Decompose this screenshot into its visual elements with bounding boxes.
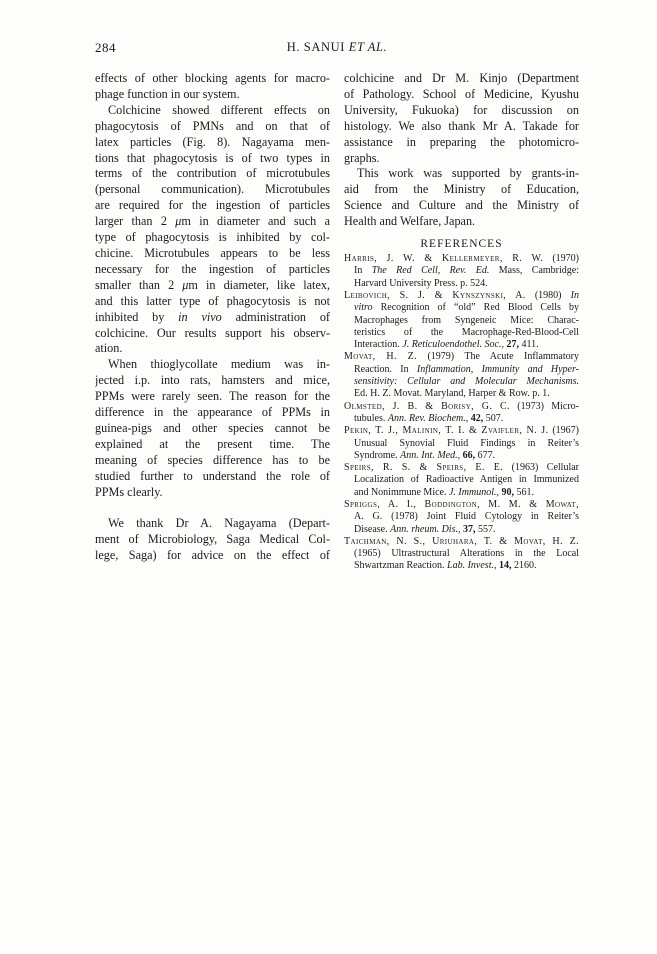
text-line: jected i.p. into rats, hamsters and mice… [95,373,330,389]
text-line: This work was supported by grants-in- [344,166,579,182]
smallcaps-text: Spriggs, A. I., Boddington, M. M. & Mowa… [344,499,579,510]
reference-entry: Movat, H. Z. (1979) The Acute Inflammato… [344,351,579,400]
text-line: histology. We also thank Mr A. Takade fo… [344,119,579,135]
italic-text: Lab. Invest., [447,560,496,571]
text-line: aid from the Ministry of Education, [344,182,579,198]
reference-line: Movat, H. Z. (1979) The Acute Inflammato… [344,351,579,363]
text-line: explained at the present time. The [95,437,330,453]
reference-line: Syndrome. Ann. Int. Med., 66, 677. [344,450,579,462]
text-line: colchicine. Our results support his obse… [95,326,330,342]
text-line: assistance in preparing the photomicro- [344,135,579,151]
paragraph: This work was supported by grants-in-aid… [344,166,579,230]
text-line: of Pathology. School of Medicine, Kyushu [344,87,579,103]
reference-line: vitro Recognition of “old” Red Blood Cel… [344,302,579,314]
bold-text: 42, [471,413,484,424]
reference-line: and Nonimmune Mice. J. Immunol., 90, 561… [344,487,579,499]
reference-line: Reaction. In Inflammation, Immunity and … [344,364,579,376]
bold-text: 14, [499,560,512,571]
text-line: colchicine and Dr M. Kinjo (Department [344,71,579,87]
reference-line: Interaction. J. Reticuloendothel. Soc., … [344,339,579,351]
text-line: University, Fukuoka) for discussion on [344,103,579,119]
paragraph: We thank Dr A. Nagayama (Depart-ment of … [95,516,330,564]
reference-line: A. G. (1978) Joint Fluid Cytology in Rei… [344,511,579,523]
reference-line: Olmsted, J. B. & Borisy, G. C. (1973) Mi… [344,401,579,413]
text-line: When thioglycollate medium was in- [95,357,330,373]
text-line: larger than 2 μm in diameter and such a [95,214,330,230]
text-line: are required for the ingestion of partic… [95,198,330,214]
reference-line: Pekin, T. J., Malinin, T. I. & Zvaifler,… [344,425,579,437]
references-list: Harris, J. W. & Kellermeyer, R. W. (1970… [344,253,579,573]
two-column-text-block: effects of other blocking agents for mac… [95,71,579,573]
reference-line: Harris, J. W. & Kellermeyer, R. W. (1970… [344,253,579,265]
reference-line: Spriggs, A. I., Boddington, M. M. & Mowa… [344,499,579,511]
smallcaps-text: Taichman, N. S., Uriuhara, T. & Movat, H… [344,536,579,547]
reference-entry: Olmsted, J. B. & Borisy, G. C. (1973) Mi… [344,401,579,426]
text-line: chicine. Microtubules appears to be less [95,246,330,262]
reference-entry: Leibovich, S. J. & Kynszynski, A. (1980)… [344,290,579,351]
reference-line: Taichman, N. S., Uriuhara, T. & Movat, H… [344,536,579,548]
text-line: tions that phagocytosis is of two types … [95,151,330,167]
reference-line: Ed. H. Z. Movat. Maryland, Harper & Row.… [344,388,579,400]
text-line: Colchicine showed different effects on [95,103,330,119]
running-header: 284 H. SANUI ET AL. [95,40,579,57]
text-line: latex particles (Fig. 8). Nagayama men- [95,135,330,151]
bold-text: 66, [463,450,476,461]
text-line: type of phagocytosis is inhibited by col… [95,230,330,246]
reference-entry: Spriggs, A. I., Boddington, M. M. & Mowa… [344,499,579,536]
paragraph: colchicine and Dr M. Kinjo (Departmentof… [344,71,579,166]
reference-line: Unusual Synovial Fluid Findings in Reite… [344,438,579,450]
text-line: difference in the appearance of PPMs in [95,405,330,421]
reference-line: teristics of the Macrophage-Red-Blood-Ce… [344,327,579,339]
smallcaps-text: Pekin, T. J., Malinin, T. I. & Zvaifler,… [344,425,549,436]
smallcaps-text: Movat, H. Z. [344,351,417,362]
text-line: effects of other blocking agents for mac… [95,71,330,87]
reference-line: tubules. Ann. Rev. Biochem., 42, 507. [344,413,579,425]
italic-text: The Red Cell, Rev. Ed. [372,265,490,276]
text-line: smaller than 2 μm in diameter, like late… [95,278,330,294]
bold-text: 27, [506,339,519,350]
reference-line: Leibovich, S. J. & Kynszynski, A. (1980)… [344,290,579,302]
text-line: phage function in our system. [95,87,330,103]
italic-text: Ann. rheum. Dis., [390,524,460,535]
reference-line: Macrophages from Syngeneic Mice: Charac- [344,315,579,327]
page-content: 284 H. SANUI ET AL. effects of other blo… [95,40,579,573]
italic-text: in vivo [178,310,222,324]
text-line: studied further to understand the role o… [95,469,330,485]
reference-entry: Pekin, T. J., Malinin, T. I. & Zvaifler,… [344,425,579,462]
paragraph: effects of other blocking agents for mac… [95,71,330,103]
bold-text: 37, [463,524,476,535]
text-line: Health and Welfare, Japan. [344,214,579,230]
italic-text: ET AL. [349,40,388,54]
smallcaps-text: Olmsted, J. B. & Borisy, G. C. [344,401,510,412]
reference-entry: Speirs, R. S. & Speirs, E. E. (1963) Cel… [344,462,579,499]
reference-line: Shwartzman Reaction. Lab. Invest., 14, 2… [344,560,579,572]
left-column: effects of other blocking agents for mac… [95,71,330,573]
text-line: (personal communication). Microtubules [95,182,330,198]
text-line: PPMs clearly. [95,485,330,501]
text-line: We thank Dr A. Nagayama (Depart- [95,516,330,532]
reference-line: Speirs, R. S. & Speirs, E. E. (1963) Cel… [344,462,579,474]
reference-line: In The Red Cell, Rev. Ed. Mass, Cambridg… [344,265,579,277]
italic-text: In [571,290,579,301]
paragraph: When thioglycollate medium was in-jected… [95,357,330,500]
italic-text: Inflammation, Immunity and Hyper- [417,364,579,375]
text-line: phagocytosis of PMNs and on that of [95,119,330,135]
running-title: H. SANUI ET AL. [95,40,579,55]
italic-text: Ann. Int. Med., [400,450,460,461]
italic-text: sensitivity: Cellular and Molecular Mech… [354,376,579,387]
text-line: necessary for the ingestion of particles [95,262,330,278]
smallcaps-text: Leibovich, S. J. & Kynszynski, A. [344,290,526,301]
paragraph: Colchicine showed different effects onph… [95,103,330,358]
text-line: Science and Culture and the Ministry of [344,198,579,214]
smallcaps-text: Harris, J. W. & Kellermeyer, R. W. [344,253,543,264]
text-line: and this latter type of phagocytosis is … [95,294,330,310]
text-line: lege, Saga) for advice on the effect of [95,548,330,564]
journal-page: 284 H. SANUI ET AL. effects of other blo… [0,0,657,954]
text-line: guinea-pigs and other species cannot be [95,421,330,437]
reference-line: Localization of Radioactive Antigen in I… [344,474,579,486]
text-line: inhibited by in vivo administration of [95,310,330,326]
right-column-body: colchicine and Dr M. Kinjo (Departmentof… [344,71,579,230]
right-column: colchicine and Dr M. Kinjo (Departmentof… [344,71,579,573]
reference-entry: Taichman, N. S., Uriuhara, T. & Movat, H… [344,536,579,573]
italic-text: J. Reticuloendothel. Soc., [402,339,504,350]
text-line: graphs. [344,151,579,167]
reference-line: sensitivity: Cellular and Molecular Mech… [344,376,579,388]
text-line: terms of the contribution of microtubule… [95,166,330,182]
text-line: ment of Microbiology, Saga Medical Col- [95,532,330,548]
smallcaps-text: Speirs, R. S. & Speirs, E. E. [344,462,503,473]
references-heading: REFERENCES [344,237,579,251]
reference-line: Disease. Ann. rheum. Dis., 37, 557. [344,524,579,536]
text-line: PPMs were rarely seen. The reason for th… [95,389,330,405]
italic-text: μ [175,214,181,228]
page-number: 284 [95,40,116,56]
italic-text: vitro [354,302,373,313]
reference-entry: Harris, J. W. & Kellermeyer, R. W. (1970… [344,253,579,290]
reference-line: (1965) Ultrastructural Alterations in th… [344,548,579,560]
bold-text: 90, [501,487,514,498]
text-line: ation. [95,341,330,357]
reference-line: Harvard University Press. p. 524. [344,278,579,290]
italic-text: Ann. Rev. Biochem., [388,413,468,424]
italic-text: J. Immunol., [449,487,499,498]
text-line: meaning of species difference has to be [95,453,330,469]
italic-text: μ [182,278,188,292]
